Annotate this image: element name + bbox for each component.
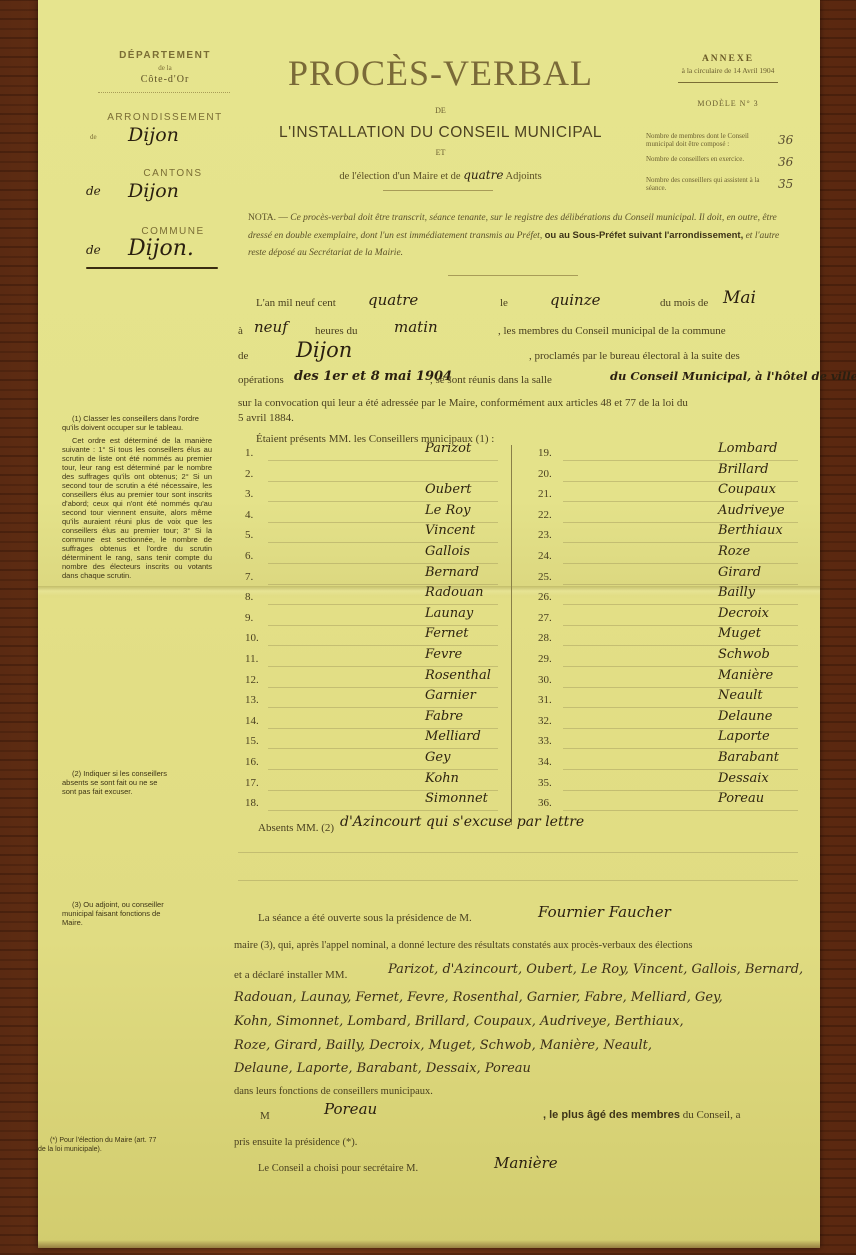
councillor-name: Audriveye (718, 503, 785, 518)
nota-lead: NOTA. — (248, 213, 288, 223)
councillor-number: 14. (245, 715, 259, 727)
absents-value: d'Azincourt qui s'excuse par lettre (340, 814, 584, 830)
footnote-3: (3) Ou adjoint, ou conseiller municipal … (62, 900, 172, 927)
reunis: , se sont réunis dans la salle (430, 374, 552, 386)
councillor-number: 18. (245, 797, 259, 809)
councillor-number: 11. (245, 653, 258, 665)
councillor-number: 33. (538, 735, 552, 747)
councillor-number: 24. (538, 550, 552, 562)
m-label: M (260, 1110, 270, 1122)
blank-line (238, 852, 798, 853)
row-rule (268, 707, 498, 708)
nota-bold: ou au Sous-Préfet suivant l'arrondisseme… (545, 230, 744, 241)
seance-ouverte: La séance a été ouverte sous la présiden… (258, 912, 472, 924)
councillor-name: Poreau (718, 791, 764, 806)
convocation: sur la convocation qui leur a été adress… (238, 397, 688, 409)
secretaire-label: Le Conseil a choisi pour secrétaire M. (258, 1163, 418, 1174)
installed-line-3: Kohn, Simonnet, Lombard, Brillard, Coupa… (234, 1014, 684, 1029)
councillor-number: 27. (538, 612, 552, 624)
fonctions-text: dans leurs fonctions de conseillers muni… (234, 1086, 433, 1097)
councillor-name: Brillard (718, 462, 769, 477)
councillor-number: 10. (245, 632, 259, 644)
paper-bottom-edge (38, 1240, 820, 1248)
le: le (500, 297, 508, 309)
councillor-name: Launay (425, 606, 473, 621)
councillor-number: 9. (245, 612, 253, 624)
commune-value: Dijon. (128, 236, 194, 261)
councillor-number: 31. (538, 694, 552, 706)
councillor-number: 25. (538, 571, 552, 583)
page-title: PROCÈS-VERBAL (238, 52, 643, 94)
councillor-name: Kohn (425, 771, 459, 786)
councillor-number: 35. (538, 777, 552, 789)
councillor-name: Garnier (425, 688, 476, 703)
day-word: quinze (550, 291, 601, 309)
councillor-name: Simonnet (425, 791, 488, 806)
mois-prefix: du mois de (660, 297, 708, 309)
councillor-name: Decroix (718, 606, 769, 621)
annexe-ornament (678, 82, 778, 83)
election-suffix: Adjoints (506, 171, 542, 182)
month: Mai (723, 288, 756, 308)
title-et: ET (238, 148, 643, 157)
row-rule (563, 584, 798, 585)
councillor-number: 20. (538, 468, 552, 480)
stat-membres-value: 36 (778, 133, 793, 147)
doyen-name: Poreau (324, 1100, 377, 1118)
councillor-name: Melliard (425, 729, 481, 744)
councillor-number: 13. (245, 694, 259, 706)
plus-age-rest: du Conseil, a (683, 1109, 741, 1121)
absents-label: Absents MM. (2) (258, 822, 334, 834)
commune-underline (86, 267, 218, 269)
declare-text: et a déclaré installer MM. (234, 969, 347, 981)
councillor-name: Delaune (718, 709, 772, 724)
councillor-name: Rosenthal (425, 668, 491, 683)
commune-de: de (86, 243, 101, 257)
councillor-number: 19. (538, 447, 552, 459)
an-prefix: L'an mil neuf cent (256, 297, 336, 309)
councillor-number: 8. (245, 591, 253, 603)
arrondissement-de: de (90, 133, 97, 141)
councillor-name: Berthiaux (718, 523, 783, 538)
councillor-number: 21. (538, 488, 552, 500)
annexe-label: ANNEXE (638, 54, 818, 64)
stat-assistent-value: 35 (778, 177, 793, 191)
plus-age-text: , le plus âgé des membres du Conseil, a (543, 1109, 740, 1121)
arrondissement-value: Dijon (128, 124, 179, 146)
period: matin (394, 318, 438, 336)
title-de: DE (238, 106, 643, 115)
stat-exercice-value: 36 (778, 155, 793, 169)
proclames: , proclamés par le bureau électoral à la… (529, 350, 740, 362)
election-prefix: de l'élection d'un Maire et de (339, 171, 460, 182)
plus-age-bold: , le plus âgé des membres (543, 1109, 680, 1121)
loi-date: 5 avril 1884. (238, 412, 294, 424)
councillor-number: 23. (538, 529, 552, 541)
hour-word: neuf (254, 318, 288, 336)
departement-de: de la (110, 64, 220, 72)
row-rule (563, 625, 798, 626)
councillor-number: 3. (245, 488, 253, 500)
councillor-name: Barabant (718, 750, 779, 765)
salle: du Conseil Municipal, à l'hôtel de ville (610, 369, 856, 383)
annexe-circulaire: à la circulaire de 14 Avril 1904 (638, 66, 818, 75)
departement-value: Côte-d'Or (110, 74, 220, 85)
row-rule (268, 769, 498, 770)
councillor-number: 28. (538, 632, 552, 644)
canton-value: Dijon (128, 180, 179, 202)
councillor-name: Manière (718, 668, 773, 683)
footnote-4: (*) Pour l'élection du Maire (art. 77 de… (38, 1136, 158, 1154)
footnote-1a: (1) Classer les conseillers dans l'ordre… (62, 414, 212, 432)
president-name: Fournier Faucher (538, 903, 671, 921)
year-word: quatre (368, 291, 418, 309)
councillor-name: Le Roy (425, 503, 470, 518)
operations-dates: des 1er et 8 mai 1904 (294, 369, 452, 384)
councillor-name: Radouan (425, 585, 483, 600)
councillor-number: 6. (245, 550, 253, 562)
canton-de: de (86, 184, 101, 198)
councillor-name: Oubert (425, 482, 471, 497)
row-rule (563, 542, 798, 543)
divider (98, 92, 230, 93)
stat-membres-label: Nombre de membres dont le Conseil munici… (646, 132, 778, 148)
councillor-number: 22. (538, 509, 552, 521)
councillor-number: 1. (245, 447, 253, 459)
installed-line-4: Roze, Girard, Bailly, Decroix, Muget, Sc… (234, 1038, 652, 1053)
title-ornament (383, 190, 493, 191)
commune-name: Dijon (296, 338, 352, 362)
councillor-name: Laporte (718, 729, 770, 744)
councillor-name: Neault (718, 688, 763, 703)
councillor-number: 26. (538, 591, 552, 603)
councillor-number: 29. (538, 653, 552, 665)
councillor-number: 4. (245, 509, 253, 521)
row-rule (563, 810, 798, 811)
councillor-number: 5. (245, 529, 253, 541)
installed-line-5: Delaune, Laporte, Barabant, Dessaix, Por… (234, 1061, 531, 1076)
councillor-number: 36. (538, 797, 552, 809)
row-rule (268, 810, 498, 811)
councillor-name: Parizot (425, 441, 471, 456)
document-page: DÉPARTEMENT de la Côte-d'Or ARRONDISSEME… (38, 0, 820, 1248)
installed-line-2: Radouan, Launay, Fernet, Fevre, Rosentha… (234, 990, 723, 1005)
arrondissement-label: ARRONDISSEMENT (100, 112, 230, 123)
councillor-name: Bailly (718, 585, 755, 600)
councillor-name: Fevre (425, 647, 462, 662)
councillor-name: Roze (718, 544, 750, 559)
councillor-number: 34. (538, 756, 552, 768)
councillor-number: 30. (538, 674, 552, 686)
councillor-name: Coupaux (718, 482, 776, 497)
election-line: de l'élection d'un Maire et de quatre Ad… (238, 168, 643, 182)
councillor-number: 17. (245, 777, 259, 789)
stat-assistent-label: Nombre des conseillers qui assistent à l… (646, 176, 778, 192)
councillor-number: 32. (538, 715, 552, 727)
canton-label: CANTONS (128, 168, 218, 179)
councillor-name: Schwob (718, 647, 770, 662)
secretaire-name: Manière (494, 1154, 558, 1172)
row-rule (268, 748, 498, 749)
members-text: , les membres du Conseil municipal de la… (498, 325, 726, 337)
councillor-number: 7. (245, 571, 253, 583)
operations: opérations (238, 374, 284, 386)
councillor-number: 15. (245, 735, 259, 747)
blank-line (238, 880, 798, 881)
councillor-name: Lombard (718, 441, 777, 456)
heures-du: heures du (315, 325, 357, 337)
presidence-text: pris ensuite la présidence (*). (234, 1137, 357, 1148)
councillor-name: Girard (718, 565, 761, 580)
councillor-name: Gey (425, 750, 450, 765)
councillor-name: Vincent (425, 523, 475, 538)
councillor-name: Fabre (425, 709, 463, 724)
nota-divider (448, 275, 578, 276)
footnote-1b: Cet ordre est déterminé de la manière su… (62, 436, 212, 580)
maire-text: maire (3), qui, après l'appel nominal, a… (234, 940, 692, 951)
councillor-number: 2. (245, 468, 253, 480)
modele-number: MODÈLE N° 3 (638, 99, 818, 108)
row-rule (268, 460, 498, 461)
adjoints-count: quatre (463, 168, 503, 182)
councillor-number: 16. (245, 756, 259, 768)
councillor-name: Bernard (425, 565, 479, 580)
page-subtitle: L'INSTALLATION DU CONSEIL MUNICIPAL (238, 124, 643, 142)
councillor-name: Muget (718, 626, 761, 641)
installed-line-1: Parizot, d'Azincourt, Oubert, Le Roy, Vi… (388, 962, 803, 977)
row-rule (563, 563, 798, 564)
row-rule (268, 645, 498, 646)
departement-label: DÉPARTEMENT (110, 50, 220, 61)
nota-paragraph: NOTA. — Ce procès-verbal doit être trans… (248, 210, 783, 262)
de: de (238, 350, 248, 362)
footnote-2: (2) Indiquer si les conseillers absents … (62, 769, 172, 796)
councillor-name: Gallois (425, 544, 470, 559)
stat-exercice-label: Nombre de conseillers en exercice. (646, 155, 778, 163)
councillor-number: 12. (245, 674, 259, 686)
column-separator (511, 445, 512, 825)
a: à (238, 325, 243, 337)
councillor-name: Fernet (425, 626, 469, 641)
councillor-name: Dessaix (718, 771, 769, 786)
